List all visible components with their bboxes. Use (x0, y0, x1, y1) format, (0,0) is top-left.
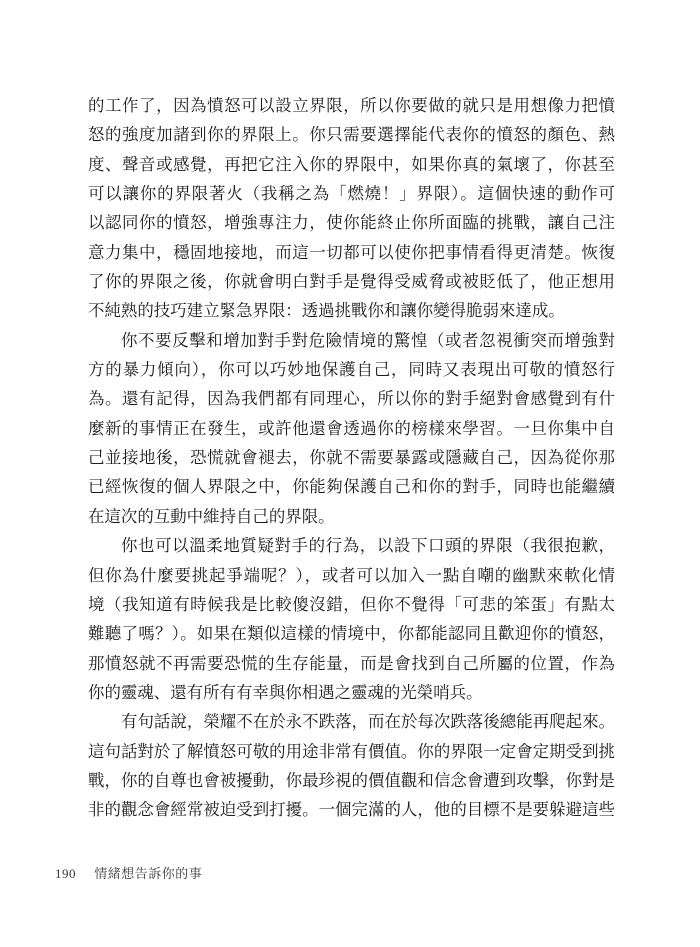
text-line: 以認同你的憤怒，增強專注力，使你能終止你所面臨的挑戰，讓自己注 (88, 208, 615, 237)
text-line: 怒的強度加諸到你的界限上。你只需要選擇能代表你的憤怒的顏色、熱 (88, 120, 615, 149)
page-footer: 190 情緒想告訴你的事 (55, 865, 202, 882)
text-line: 為。還有記得，因為我們都有同理心，所以你的對手絕對會感覺到有什 (88, 384, 615, 413)
text-line: 你也可以溫柔地質疑對手的行為，以設下口頭的界限（我很抱歉， (88, 531, 615, 560)
text-line: 麼新的事情正在發生，或許他還會透過你的榜樣來學習。一旦你集中自 (88, 414, 615, 443)
text-line: 度、聲音或感覺，再把它注入你的界限中，如果你真的氣壞了，你甚至 (88, 150, 615, 179)
text-line: 在這次的互動中維持自己的界限。 (88, 502, 615, 531)
text-line: 你的靈魂、還有所有有幸與你相遇之靈魂的光榮哨兵。 (88, 678, 615, 707)
text-line: 這句話對於了解憤怒可敬的用途非常有價值。你的界限一定會定期受到挑 (88, 737, 615, 766)
text-line: 有句話說，榮耀不在於永不跌落，而在於每次跌落後總能再爬起來。 (88, 707, 615, 736)
text-line: 境（我知道有時候我是比較傻沒錯，但你不覺得「可悲的笨蛋」有點太 (88, 590, 615, 619)
body-text: 的工作了，因為憤怒可以設立界限，所以你要做的就只是用想像力把憤 怒的強度加諸到你… (88, 91, 615, 825)
book-page: 的工作了，因為憤怒可以設立界限，所以你要做的就只是用想像力把憤 怒的強度加諸到你… (0, 0, 700, 947)
text-line: 可以讓你的界限著火（我稱之為「燃燒！」界限）。這個快速的動作可 (88, 179, 615, 208)
text-line: 已經恢復的個人界限之中，你能夠保護自己和你的對手，同時也能繼續 (88, 472, 615, 501)
text-line: 那憤怒就不再需要恐慌的生存能量，而是會找到自己所屬的位置，作為 (88, 649, 615, 678)
text-line: 你不要反擊和增加對手對危險情境的驚惶（或者忽視衝突而增強對 (88, 326, 615, 355)
text-line: 不純熟的技巧建立緊急界限：透過挑戰你和讓你變得脆弱來達成。 (88, 296, 615, 325)
text-line: 非的觀念會經常被迫受到打擾。一個完滿的人，他的目標不是要躲避這些 (88, 795, 615, 824)
text-line: 意力集中，穩固地接地，而這一切都可以使你把事情看得更清楚。恢復 (88, 238, 615, 267)
text-line: 但你為什麼要挑起爭端呢？），或者可以加入一點自嘲的幽默來軟化情 (88, 561, 615, 590)
page-number: 190 (55, 865, 76, 882)
footer-book-title: 情緒想告訴你的事 (94, 865, 202, 882)
text-line: 的工作了，因為憤怒可以設立界限，所以你要做的就只是用想像力把憤 (88, 91, 615, 120)
text-line: 了你的界限之後，你就會明白對手是覺得受威脅或被貶低了，他正想用 (88, 267, 615, 296)
text-line: 方的暴力傾向），你可以巧妙地保護自己，同時又表現出可敬的憤怒行 (88, 355, 615, 384)
text-line: 難聽了嗎？）。如果在類似這樣的情境中，你都能認同且歡迎你的憤怒， (88, 619, 615, 648)
text-line: 己並接地後，恐慌就會褪去，你就不需要暴露或隱藏自己，因為從你那 (88, 443, 615, 472)
text-line: 戰，你的自尊也會被擾動，你最珍視的價值觀和信念會遭到攻擊，你對是 (88, 766, 615, 795)
